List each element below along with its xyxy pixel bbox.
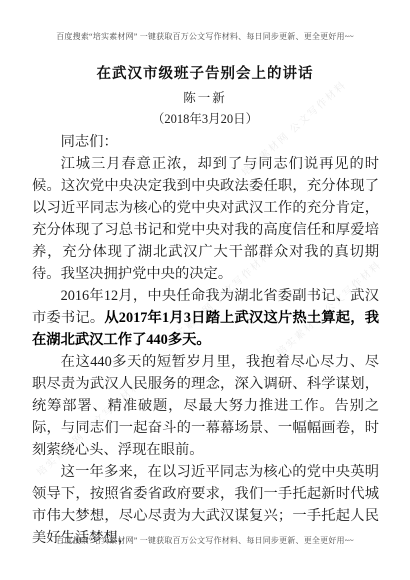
footer-promo-text: 百度搜索“培实素材网” 一键获取百万公文写作材料、每日同步更新、更全更好用~~ (0, 535, 410, 546)
header-promo-text: 百度搜索“培实素材网” 一键获取百万公文写作材料、每日同步更新、更全更好用~~ (0, 31, 410, 42)
document-date: （2018年3月20日） (0, 109, 410, 127)
paragraph-1: 江城三月春意正浓，却到了与同志们说再见的时候。这次党中央决定我到中央政法委任职，… (32, 153, 379, 285)
document-title: 在武汉市级班子告别会上的讲话 (0, 62, 410, 83)
document-page: 百度搜索“培实素材网” 一键获取百万公文写作材料、每日同步更新、更全更好用~~ … (0, 0, 410, 580)
paragraph-2: 2016年12月，中央任命我为湖北省委副书记、武汉市委书记。从2017年1月3日… (32, 285, 379, 351)
salutation-line: 同志们： (32, 131, 379, 153)
document-author: 陈一新 (0, 88, 410, 106)
paragraph-3: 在这440多天的短暂岁月里，我抱着尽心尽力、尽职尽责为武汉人民服务的理念，深入调… (32, 351, 379, 461)
document-body: 同志们： 江城三月春意正浓，却到了与同志们说再见的时候。这次党中央决定我到中央政… (32, 131, 379, 549)
